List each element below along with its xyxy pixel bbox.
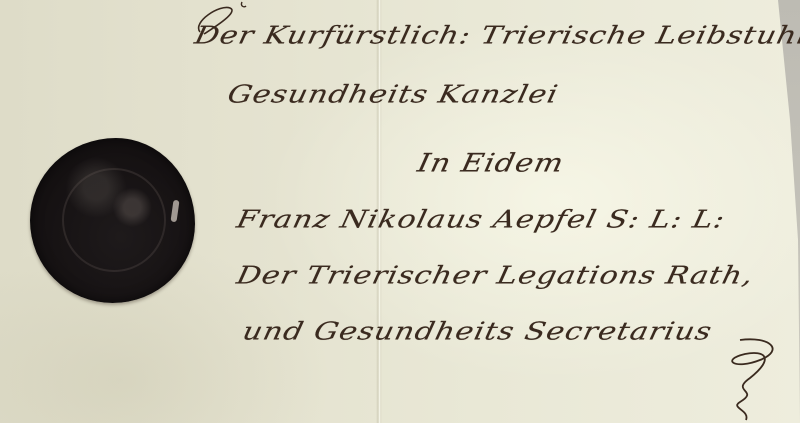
manuscript-line-3: In Eidem	[415, 149, 567, 179]
manuscript-line-4: Franz Nikolaus Aepfel S: L: L:	[234, 205, 728, 234]
document-photo: Der Kurfürstlich: Trierische Leibstuhl G…	[0, 0, 800, 423]
closing-flourish-icon	[690, 330, 800, 423]
manuscript-line-2: Gesundheits Kanzlei	[225, 80, 561, 109]
manuscript-line-6: und Gesundheits Secretarius	[240, 317, 715, 346]
manuscript-line-5: Der Trierischer Legations Rath,	[234, 261, 756, 290]
manuscript-line-1: Der Kurfürstlich: Trierische Leibstuhl	[192, 21, 800, 50]
seal-emboss-ring	[62, 168, 166, 272]
